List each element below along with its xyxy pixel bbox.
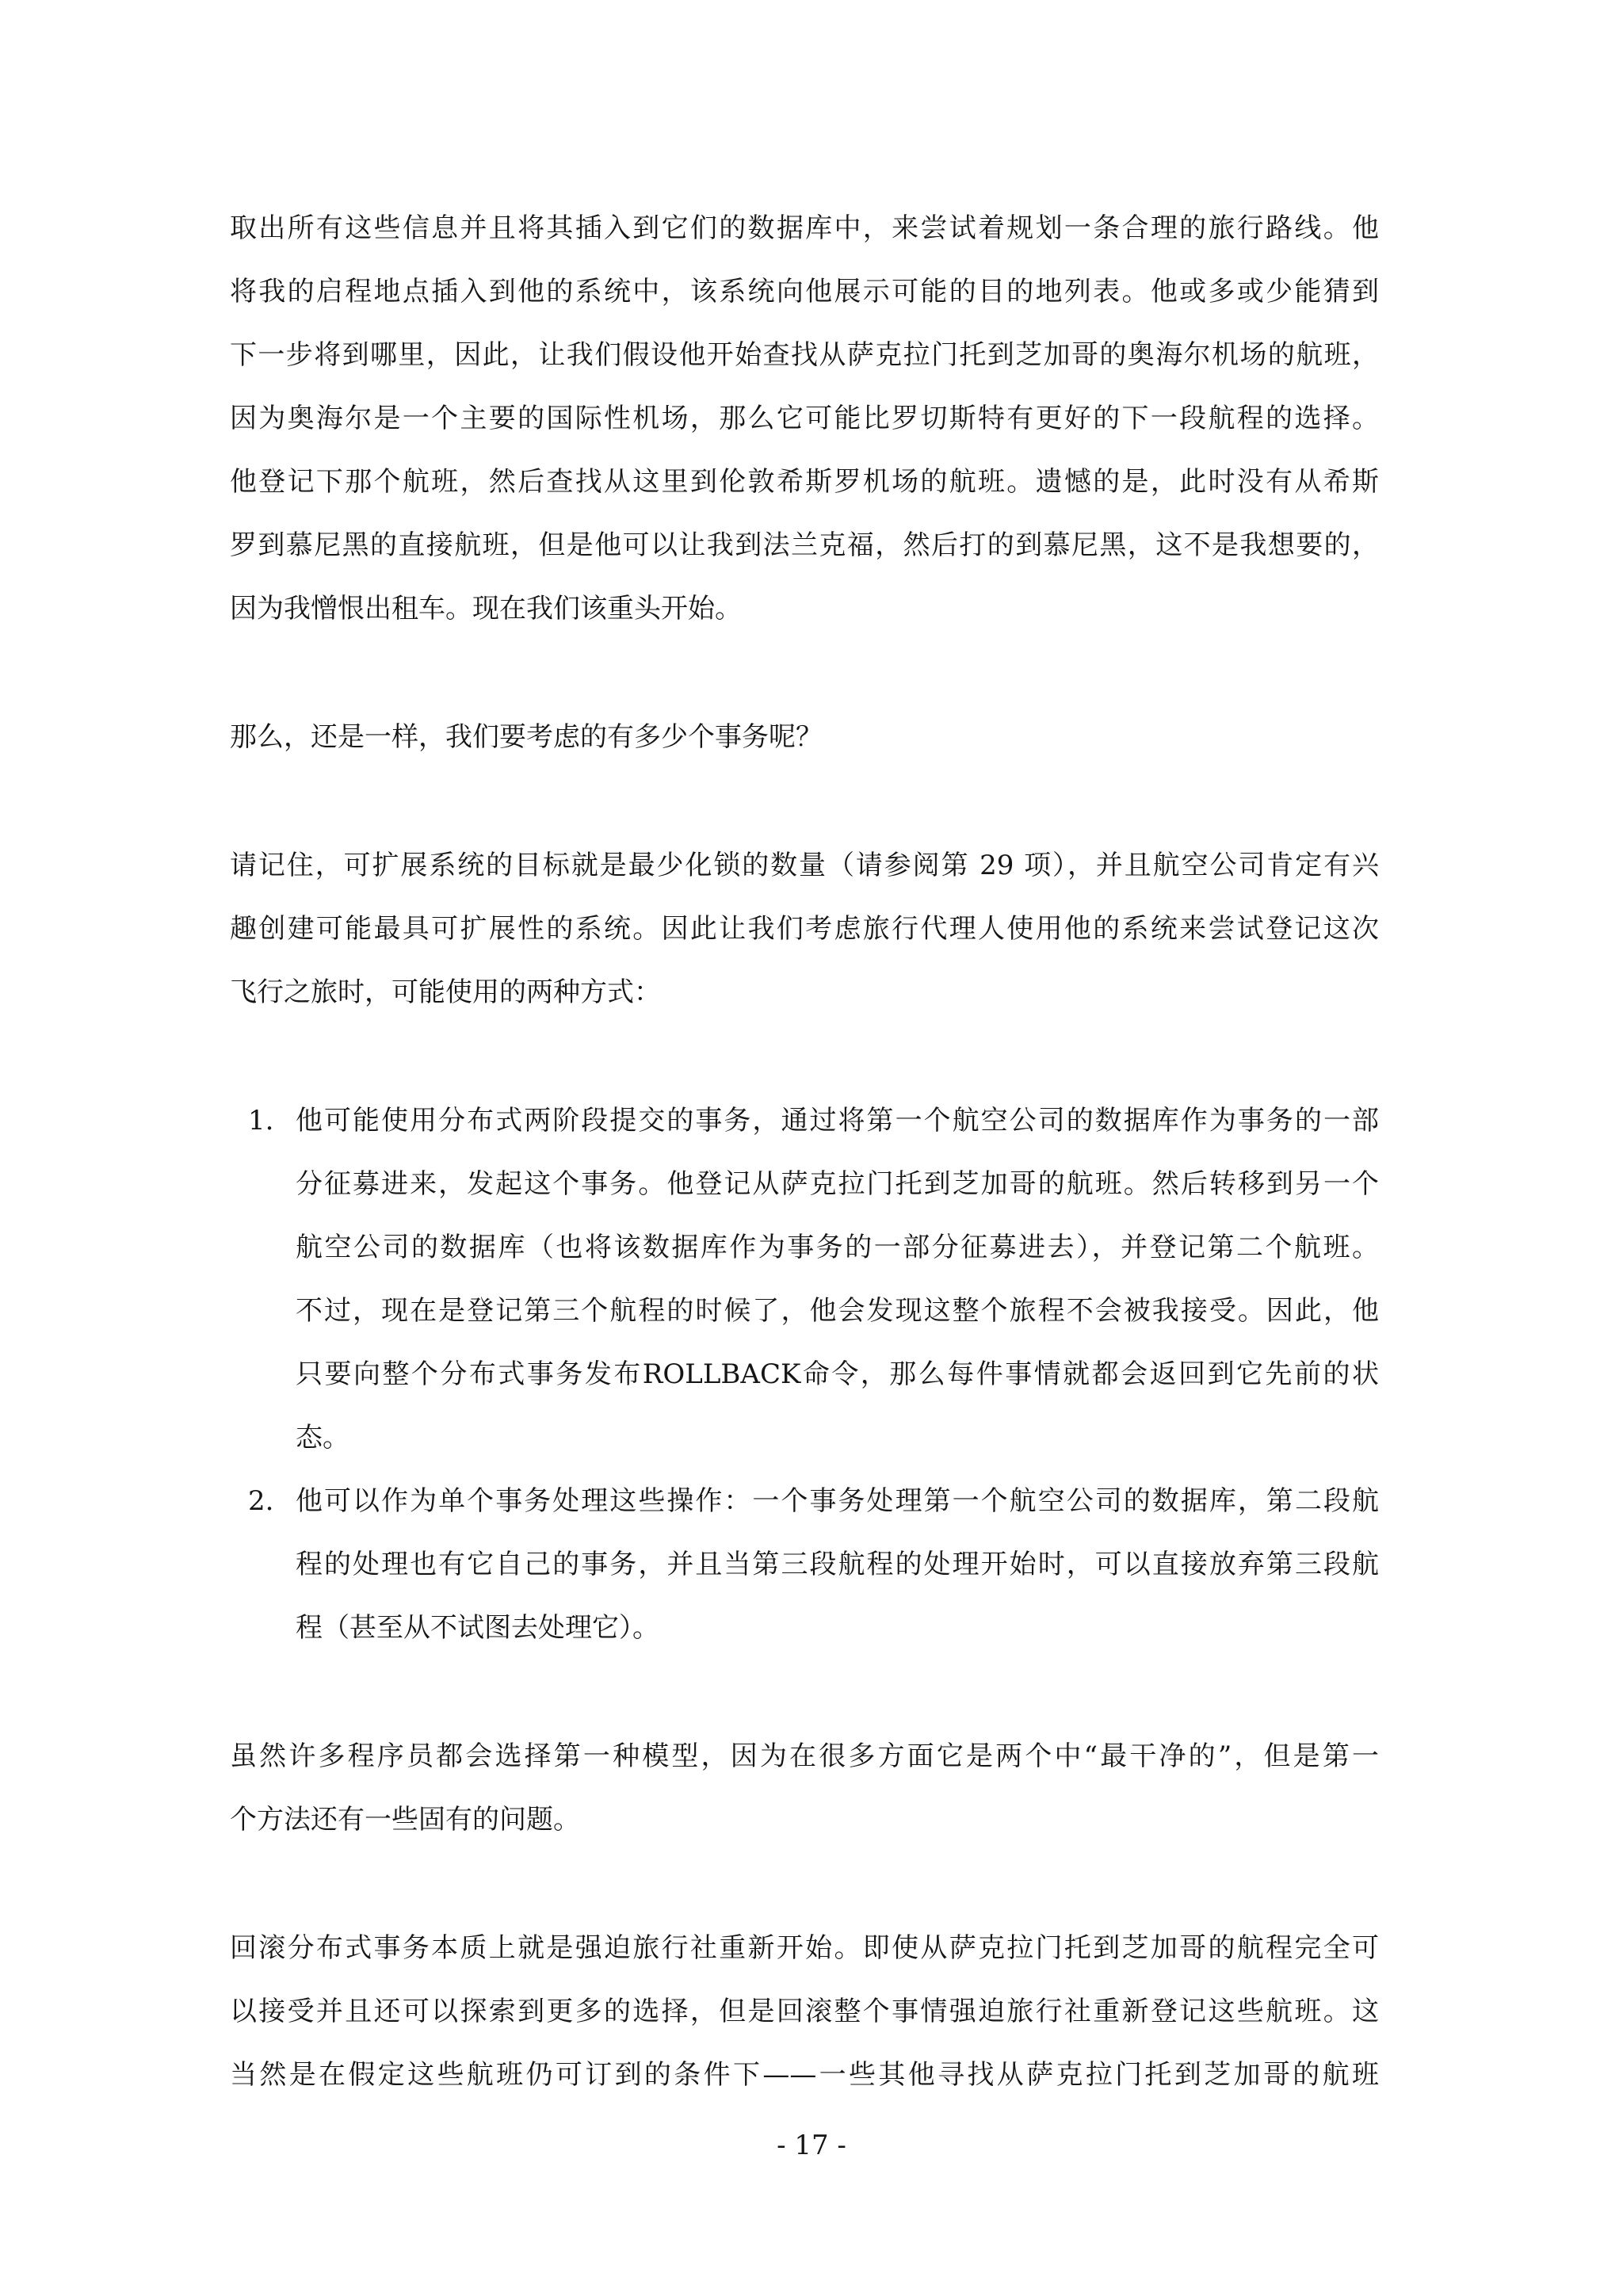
paragraph-spacer <box>230 1024 1379 1089</box>
text-line: 下一步将到哪里，因此，让我们假设他开始查找从萨克拉门托到芝加哥的奥海尔机场的航班… <box>230 323 1379 387</box>
page-number: - 17 - <box>0 2114 1623 2177</box>
text-line: 当然是在假定这些航班仍可订到的条件下——一些其他寻找从萨克拉门托到芝加哥的航班 <box>230 2043 1379 2107</box>
document-page: 取出所有这些信息并且将其插入到它们的数据库中，来尝试着规划一条合理的旅行路线。他… <box>0 0 1623 2296</box>
paragraph-1: 取出所有这些信息并且将其插入到它们的数据库中，来尝试着规划一条合理的旅行路线。他… <box>230 197 1379 640</box>
text-line: 态。 <box>296 1406 1379 1469</box>
list-number: 1. <box>248 1089 273 1152</box>
text-line: 以接受并且还可以探索到更多的选择，但是回滚整个事情强迫旅行社重新登记这些航班。这 <box>230 1980 1379 2043</box>
list-number: 2. <box>248 1469 273 1533</box>
text-line: 那么，还是一样，我们要考虑的有多少个事务呢？ <box>230 705 1379 769</box>
list-item-2: 2. 他可以作为单个事务处理这些操作：一个事务处理第一个航空公司的数据库，第二段… <box>230 1469 1379 1660</box>
text-line: 趣创建可能最具可扩展性的系统。因此让我们考虑旅行代理人使用他的系统来尝试登记这次 <box>230 897 1379 961</box>
text-line: 他可能使用分布式两阶段提交的事务，通过将第一个航空公司的数据库作为事务的一部 <box>296 1089 1379 1152</box>
text-line: 飞行之旅时，可能使用的两种方式： <box>230 961 1379 1024</box>
text-line: 取出所有这些信息并且将其插入到它们的数据库中，来尝试着规划一条合理的旅行路线。他 <box>230 197 1379 260</box>
text-line: 分征募进来，发起这个事务。他登记从萨克拉门托到芝加哥的航班。然后转移到另一个 <box>296 1152 1379 1216</box>
text-line: 将我的启程地点插入到他的系统中，该系统向他展示可能的目的地列表。他或多或少能猜到 <box>230 260 1379 323</box>
text-line: 虽然许多程序员都会选择第一种模型，因为在很多方面它是两个中“最干净的”，但是第一 <box>230 1725 1379 1788</box>
text-line: 请记住，可扩展系统的目标就是最少化锁的数量（请参阅第 29 项），并且航空公司肯… <box>230 834 1379 897</box>
paragraph-spacer <box>230 769 1379 834</box>
text-line: 他可以作为单个事务处理这些操作：一个事务处理第一个航空公司的数据库，第二段航 <box>296 1469 1379 1533</box>
paragraph-3: 请记住，可扩展系统的目标就是最少化锁的数量（请参阅第 29 项），并且航空公司肯… <box>230 834 1379 1024</box>
paragraph-4: 虽然许多程序员都会选择第一种模型，因为在很多方面它是两个中“最干净的”，但是第一… <box>230 1725 1379 1851</box>
text-line: 因为奥海尔是一个主要的国际性机场，那么它可能比罗切斯特有更好的下一段航程的选择。 <box>230 387 1379 450</box>
text-line: 程的处理也有它自己的事务，并且当第三段航程的处理开始时，可以直接放弃第三段航 <box>296 1533 1379 1596</box>
text-line: 程（甚至从不试图去处理它）。 <box>296 1596 1379 1660</box>
paragraph-5: 回滚分布式事务本质上就是强迫旅行社重新开始。即使从萨克拉门托到芝加哥的航程完全可… <box>230 1916 1379 2107</box>
paragraph-spacer <box>230 1851 1379 1916</box>
text-line: 个方法还有一些固有的问题。 <box>230 1788 1379 1851</box>
text-line: 他登记下那个航班，然后查找从这里到伦敦希斯罗机场的航班。遗憾的是，此时没有从希斯 <box>230 450 1379 514</box>
text-line: 回滚分布式事务本质上就是强迫旅行社重新开始。即使从萨克拉门托到芝加哥的航程完全可 <box>230 1916 1379 1980</box>
paragraph-2: 那么，还是一样，我们要考虑的有多少个事务呢？ <box>230 705 1379 769</box>
text-line: 只要向整个分布式事务发布ROLLBACK命令，那么每件事情就都会返回到它先前的状 <box>296 1343 1379 1406</box>
text-line: 航空公司的数据库（也将该数据库作为事务的一部分征募进去），并登记第二个航班。 <box>296 1216 1379 1279</box>
paragraph-spacer <box>230 1660 1379 1725</box>
text-body: 取出所有这些信息并且将其插入到它们的数据库中，来尝试着规划一条合理的旅行路线。他… <box>230 197 1379 2107</box>
text-line: 罗到慕尼黑的直接航班，但是他可以让我到法兰克福，然后打的到慕尼黑，这不是我想要的… <box>230 514 1379 577</box>
text-line: 因为我憎恨出租车。现在我们该重头开始。 <box>230 577 1379 640</box>
text-line: 不过，现在是登记第三个航程的时候了，他会发现这整个旅程不会被我接受。因此，他 <box>296 1279 1379 1343</box>
paragraph-spacer <box>230 640 1379 705</box>
list-item-1: 1. 他可能使用分布式两阶段提交的事务，通过将第一个航空公司的数据库作为事务的一… <box>230 1089 1379 1469</box>
